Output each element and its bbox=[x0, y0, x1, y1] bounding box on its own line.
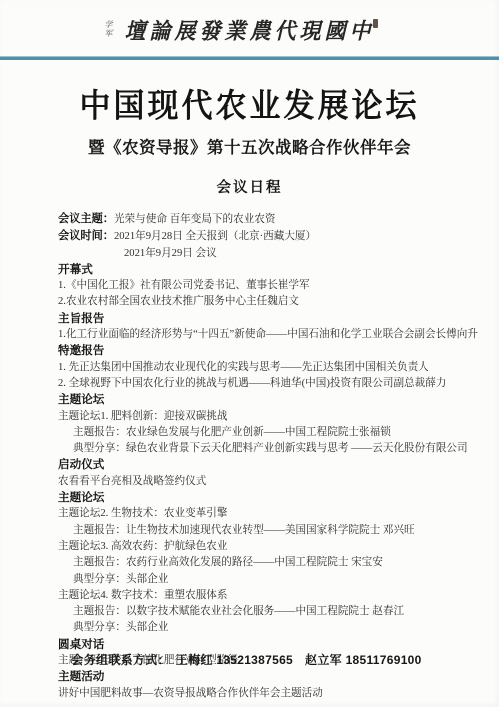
agenda-line: 讲好中国肥料故事—农资导报战略合作伙伴年会主题活动 bbox=[58, 686, 469, 702]
agenda-body: 会议主题：光荣与使命 百年变局下的农业农资会议时间：2021年9月28日 全天报… bbox=[58, 211, 469, 702]
agenda-line: 典型分享：头部企业 bbox=[58, 572, 469, 588]
seal-stamp-icon bbox=[373, 19, 378, 28]
agenda-line: 主题论坛 bbox=[58, 392, 469, 408]
agenda-line: 典型分享：绿色农业背景下云天化肥料产业创新实践与思考 ——云天化股份有限公司 bbox=[58, 441, 469, 457]
agenda-line: 1.化工行业面临的经济形势与“十四五”新使命——中国石油和化学工业联合会副会长傅… bbox=[58, 327, 469, 343]
agenda-line: 主题论坛1. 肥料创新：迎接双碳挑战 bbox=[58, 409, 469, 425]
agenda-line: 1. 先正达集团中国推动农业现代化的实践与思考——先正达集团中国相关负责人 bbox=[58, 360, 469, 376]
agenda-line: 会议主题：光荣与使命 百年变局下的农业农资 bbox=[58, 211, 469, 228]
agenda-line: 1.《中国化工报》社有限公司党委书记、董事长崔学军 bbox=[58, 278, 469, 294]
page-subtitle: 暨《农资导报》第十五次战略合作伙伴年会 bbox=[0, 134, 499, 158]
header-divider bbox=[0, 56, 499, 60]
agenda-line: 2. 全球视野下中国农化行业的挑战与机遇——科迪华(中国)投资有限公司副总裁薛力 bbox=[58, 376, 469, 392]
agenda-heading: 会议日程 bbox=[0, 176, 499, 197]
agenda-line: 主题报告：农业绿色发展与化肥产业创新——中国工程院院士张福锁 bbox=[58, 425, 469, 441]
contact-person-2: 赵立军 18511769100 bbox=[305, 653, 422, 667]
agenda-line: 典型分享：头部企业 bbox=[58, 620, 469, 636]
agenda-line-label: 会议时间： bbox=[58, 230, 114, 242]
agenda-line: 主题活动 bbox=[58, 669, 469, 685]
calligraphy-banner: 壇論展發業農代現國中 bbox=[125, 14, 375, 46]
agenda-line: 主题报告：农药行业高效化发展的路径——中国工程院院士 宋宝安 bbox=[58, 555, 469, 571]
conference-agenda-document: 学军 壇論展發業農代現國中 中国现代农业发展论坛 暨《农资导报》第十五次战略合作… bbox=[0, 0, 499, 707]
agenda-line: 特邀报告 bbox=[58, 343, 469, 359]
agenda-line: 主旨报告 bbox=[58, 311, 469, 327]
contact-label: 会务组联系方式： bbox=[71, 653, 169, 667]
agenda-line-label: 会议主题： bbox=[58, 213, 114, 225]
agenda-line: 2.农业农村部全国农业技术推广服务中心主任魏启文 bbox=[58, 294, 469, 310]
agenda-line: 会议时间：2021年9月28日 全天报到（北京·西藏大厦） bbox=[58, 228, 469, 245]
agenda-line: 主题论坛3. 高效农药：护航绿色农业 bbox=[58, 539, 469, 555]
agenda-line: 主题报告：以数字技术赋能农业社会化服务——中国工程院院士 赵春江 bbox=[58, 604, 469, 620]
contact-footer: 会务组联系方式：王梅红 13521387565赵立军 18511769100 bbox=[0, 651, 499, 668]
masthead: 学军 壇論展發業農代現國中 bbox=[0, 15, 499, 49]
agenda-line: 主题论坛 bbox=[58, 490, 469, 506]
agenda-line: 主题论坛4. 数字技术：重塑农服体系 bbox=[58, 588, 469, 604]
agenda-line: 主题论坛2. 生物技术：农业变革引擎 bbox=[58, 506, 469, 522]
page-title: 中国现代农业发展论坛 bbox=[0, 79, 499, 126]
calligrapher-signature: 学军 bbox=[104, 20, 112, 38]
contact-person-1: 王梅红 13521387565 bbox=[176, 653, 293, 667]
agenda-line: 2021年9月29日 会议 bbox=[58, 246, 469, 262]
agenda-line: 启动仪式 bbox=[58, 457, 469, 473]
agenda-line: 开幕式 bbox=[58, 262, 469, 278]
agenda-line: 农看看平台亮相及战略签约仪式 bbox=[58, 474, 469, 490]
agenda-line: 主题报告：让生物技术加速现代农业转型——美国国家科学院院士 邓兴旺 bbox=[58, 523, 469, 539]
